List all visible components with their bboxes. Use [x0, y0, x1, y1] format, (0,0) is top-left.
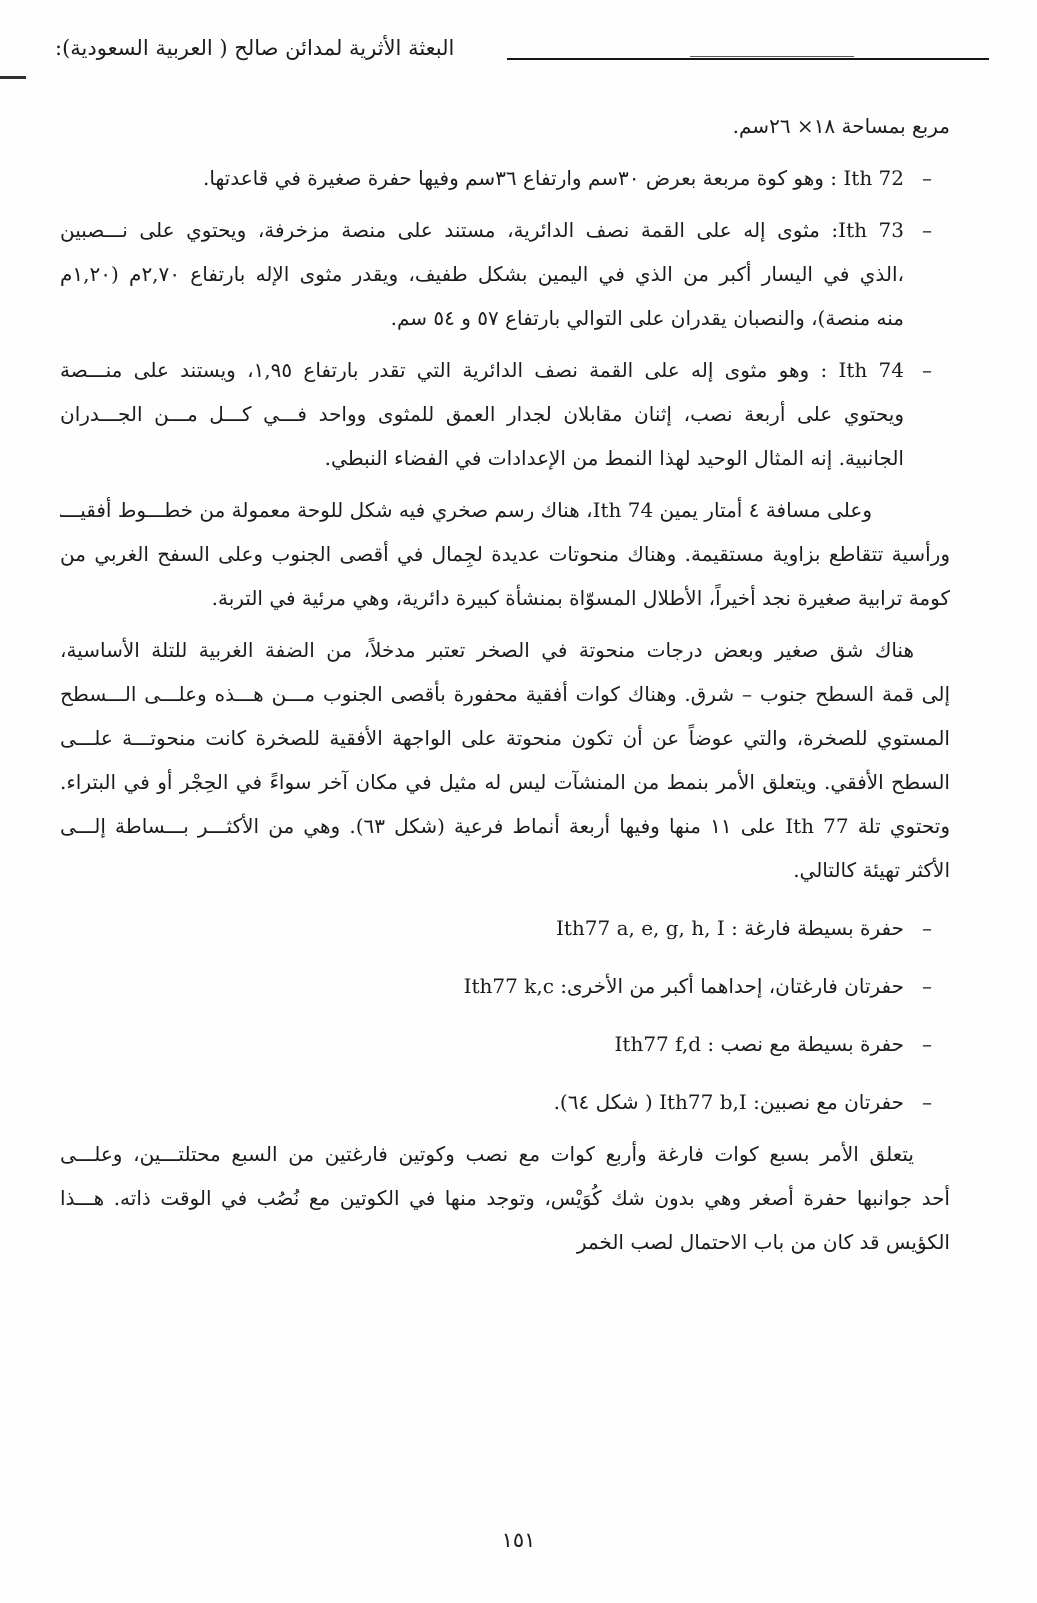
- text-line: حفرة بسيطة فارغة : Ith77 a, e, g, h, I: [60, 906, 904, 950]
- text-line: الجانبية. إنه المثال الوحيد لهذا النمط م…: [60, 436, 904, 480]
- text-line: كومة ترابية صغيرة نجد أخيراً، الأطلال ال…: [60, 576, 950, 620]
- paragraph: يتعلق الأمر بسبع كوات فارغة وأربع كوات م…: [60, 1132, 950, 1264]
- text-line: أحد جوانبها حفرة أصغر وهي بدون شك كُوَيْ…: [60, 1176, 950, 1220]
- bullet-text: حفرتان فارغتان، إحداهما أكبر من الأخرى: …: [60, 964, 904, 1008]
- bullet-text: حفرتان مع نصبين: Ith77 b,I ( شكل ٦٤).: [60, 1080, 904, 1124]
- text-line: حفرة بسيطة مع نصب : Ith77 f,d: [60, 1022, 904, 1066]
- bullet-text: Ith 72 : وهو كوة مربعة بعرض ٣٠سم وارتفاع…: [60, 156, 904, 200]
- list-item: –حفرتان فارغتان، إحداهما أكبر من الأخرى:…: [60, 964, 950, 1008]
- text-line: وعلى مسافة ٤ أمتار يمين Ith 74، هناك رسم…: [60, 488, 950, 532]
- bullet-block: –Ith 74 : وهو مثوى إله على القمة نصف الد…: [60, 348, 950, 480]
- dash-bullet-marker: –: [904, 1080, 950, 1124]
- text-line: الكؤيس قد كان من باب الاحتمال لصب الخمر: [60, 1220, 950, 1264]
- dash-bullet-marker: –: [904, 1022, 950, 1066]
- scan-artifact-mark: [0, 76, 26, 79]
- bullet-text: حفرة بسيطة فارغة : Ith77 a, e, g, h, I: [60, 906, 904, 950]
- bullet-text: Ith 73: مثوى إله على القمة نصف الدائرية،…: [60, 208, 904, 340]
- text-line: وتحتوي تلة Ith 77 على ١١ منها وفيها أربع…: [60, 804, 950, 848]
- text-line: هناك شق صغير وبعض درجات منحوتة في الصخر …: [60, 628, 950, 672]
- text-line: Ith 74 : وهو مثوى إله على القمة نصف الدا…: [60, 348, 904, 392]
- text-line: الأكثر تهيئة كالتالي.: [60, 848, 950, 892]
- document-body: مربع بمساحة ١٨× ٢٦سم.–Ith 72 : وهو كوة م…: [60, 104, 950, 1264]
- dash-bullet-marker: –: [904, 906, 950, 950]
- text-line: Ith 73: مثوى إله على القمة نصف الدائرية،…: [60, 208, 904, 252]
- dash-bullet-marker: –: [904, 964, 950, 1008]
- text-line: Ith 72 : وهو كوة مربعة بعرض ٣٠سم وارتفاع…: [60, 156, 904, 200]
- list-item: –حفرة بسيطة مع نصب : Ith77 f,d: [60, 1022, 950, 1066]
- paragraph: هناك شق صغير وبعض درجات منحوتة في الصخر …: [60, 628, 950, 892]
- text-line: ويحتوي على أربعة نصب، إثنان مقابلان لجدا…: [60, 392, 904, 436]
- bullet-block: –Ith 72 : وهو كوة مربعة بعرض ٣٠سم وارتفا…: [60, 156, 950, 200]
- paragraph: وعلى مسافة ٤ أمتار يمين Ith 74، هناك رسم…: [60, 488, 950, 620]
- header-rule-line: [507, 58, 989, 60]
- text-line: ورأسية تتقاطع بزاوية مستقيمة. وهناك منحو…: [60, 532, 950, 576]
- bullet-text: Ith 74 : وهو مثوى إله على القمة نصف الدا…: [60, 348, 904, 480]
- bullet-block: –Ith 73: مثوى إله على القمة نصف الدائرية…: [60, 208, 950, 340]
- text-line: إلى قمة السطح جنوب – شرق. وهناك كوات أفق…: [60, 672, 950, 716]
- paragraph: مربع بمساحة ١٨× ٢٦سم.: [60, 104, 950, 148]
- text-line: السطح الأفقي. ويتعلق الأمر بنمط من المنش…: [60, 760, 950, 804]
- text-line: منه منصة)، والنصبان يقدران على التوالي ب…: [60, 296, 904, 340]
- text-line: حفرتان مع نصبين: Ith77 b,I ( شكل ٦٤).: [60, 1080, 904, 1124]
- list-item: –حفرة بسيطة فارغة : Ith77 a, e, g, h, I: [60, 906, 950, 950]
- list-item: –حفرتان مع نصبين: Ith77 b,I ( شكل ٦٤).: [60, 1080, 950, 1124]
- text-line: مربع بمساحة ١٨× ٢٦سم.: [60, 104, 950, 148]
- bullet-text: حفرة بسيطة مع نصب : Ith77 f,d: [60, 1022, 904, 1066]
- dash-bullet-marker: –: [904, 208, 950, 340]
- page-number: ١٥١: [0, 1528, 1037, 1552]
- text-line: المستوي للصخرة، والتي عوضاً عن أن تكون م…: [60, 716, 950, 760]
- text-line: يتعلق الأمر بسبع كوات فارغة وأربع كوات م…: [60, 1132, 950, 1176]
- scanned-document-page: البعثة الأثرية لمدائن صالح ( العربية الس…: [0, 0, 1037, 1603]
- dash-bullet-marker: –: [904, 156, 950, 200]
- text-line: حفرتان فارغتان، إحداهما أكبر من الأخرى: …: [60, 964, 904, 1008]
- document-header-title: البعثة الأثرية لمدائن صالح ( العربية الس…: [55, 33, 454, 63]
- dash-bullet-marker: –: [904, 348, 950, 480]
- text-line: ،الذي في اليسار أكبر من الذي في اليمين ب…: [60, 252, 904, 296]
